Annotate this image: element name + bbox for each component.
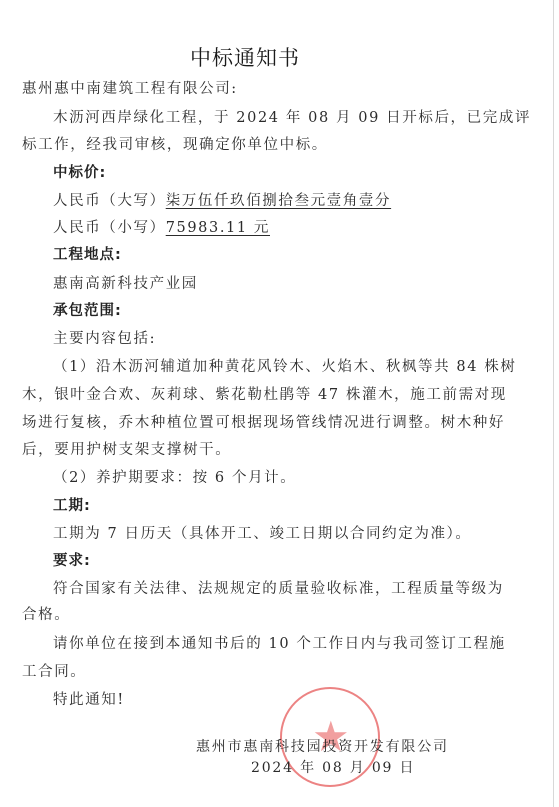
price-lower-label: 人民币（小写）	[53, 220, 166, 236]
scope-item1-line4: 后，要用护树支架支撑树干。	[22, 438, 231, 459]
location-heading: 工程地点:	[53, 243, 122, 264]
intro-line-1: 木沥河西岸绿化工程，于 2024 年 08 月 09 日开标后，已完成评	[53, 106, 531, 127]
addressee: 惠州惠中南建筑工程有限公司:	[22, 77, 238, 98]
duration-heading: 工期:	[53, 494, 91, 515]
price-heading: 中标价:	[53, 161, 106, 182]
closing: 特此通知!	[53, 688, 125, 709]
contract-line1: 请你单位在接到本通知书后的 10 个工作日内与我司签订工程施	[53, 632, 506, 653]
duration-value: 工期为 7 日历天（具体开工、竣工日期以合同约定为准）。	[53, 522, 472, 543]
price-upper-value: 柒万伍仟玖佰捌拾叁元壹角壹分	[166, 193, 391, 209]
scope-heading: 承包范围:	[53, 299, 122, 320]
intro-line-2: 标工作，经我司审核，现确定你单位中标。	[22, 133, 328, 154]
scope-item1-line1: （1）沿木沥河辅道加种黄花风铃木、火焰木、秋枫等共 84 株树	[53, 355, 517, 376]
scope-intro: 主要内容包括:	[53, 327, 156, 348]
price-upper: 人民币（大写）柒万伍仟玖佰捌拾叁元壹角壹分	[53, 189, 391, 210]
page-edge	[553, 0, 554, 807]
requirements-line1: 符合国家有关法律、法规规定的质量验收标准，工程质量等级为	[53, 577, 504, 598]
signature-date: 2024 年 08 月 09 日	[251, 757, 415, 777]
scope-item1-line2: 木，银叶金合欢、灰莉球、紫花勒杜鹃等 47 株灌木，施工前需对现	[22, 383, 507, 404]
location-value: 惠南高新科技产业园	[53, 272, 198, 293]
document-title: 中标通知书	[0, 42, 490, 72]
signature-company: 惠州市惠南科技园投资开发有限公司	[196, 736, 449, 756]
scope-item2: （2）养护期要求：按 6 个月计。	[53, 466, 296, 487]
price-lower: 人民币（小写）75983.11 元	[53, 216, 270, 237]
requirements-heading: 要求:	[53, 549, 91, 570]
scope-item1-line3: 场进行复核，乔木种植位置可根据现场管线情况进行调整。树木种好	[22, 411, 505, 432]
contract-line2: 工合同。	[22, 660, 86, 681]
price-lower-value: 75983.11 元	[166, 220, 270, 236]
requirements-line2: 合格。	[22, 603, 70, 624]
price-upper-label: 人民币（大写）	[53, 193, 166, 209]
